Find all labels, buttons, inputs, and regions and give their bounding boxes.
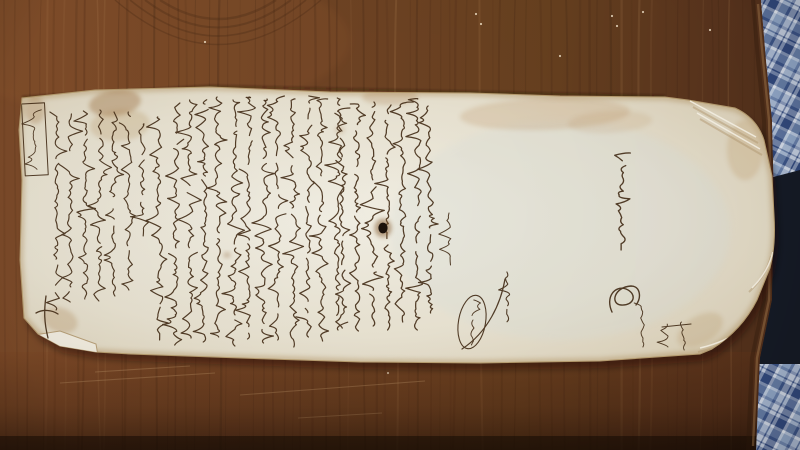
- photo-vignette: [0, 0, 800, 450]
- photograph-manuscript-on-table: [0, 0, 800, 450]
- manuscript-photo: [0, 0, 800, 450]
